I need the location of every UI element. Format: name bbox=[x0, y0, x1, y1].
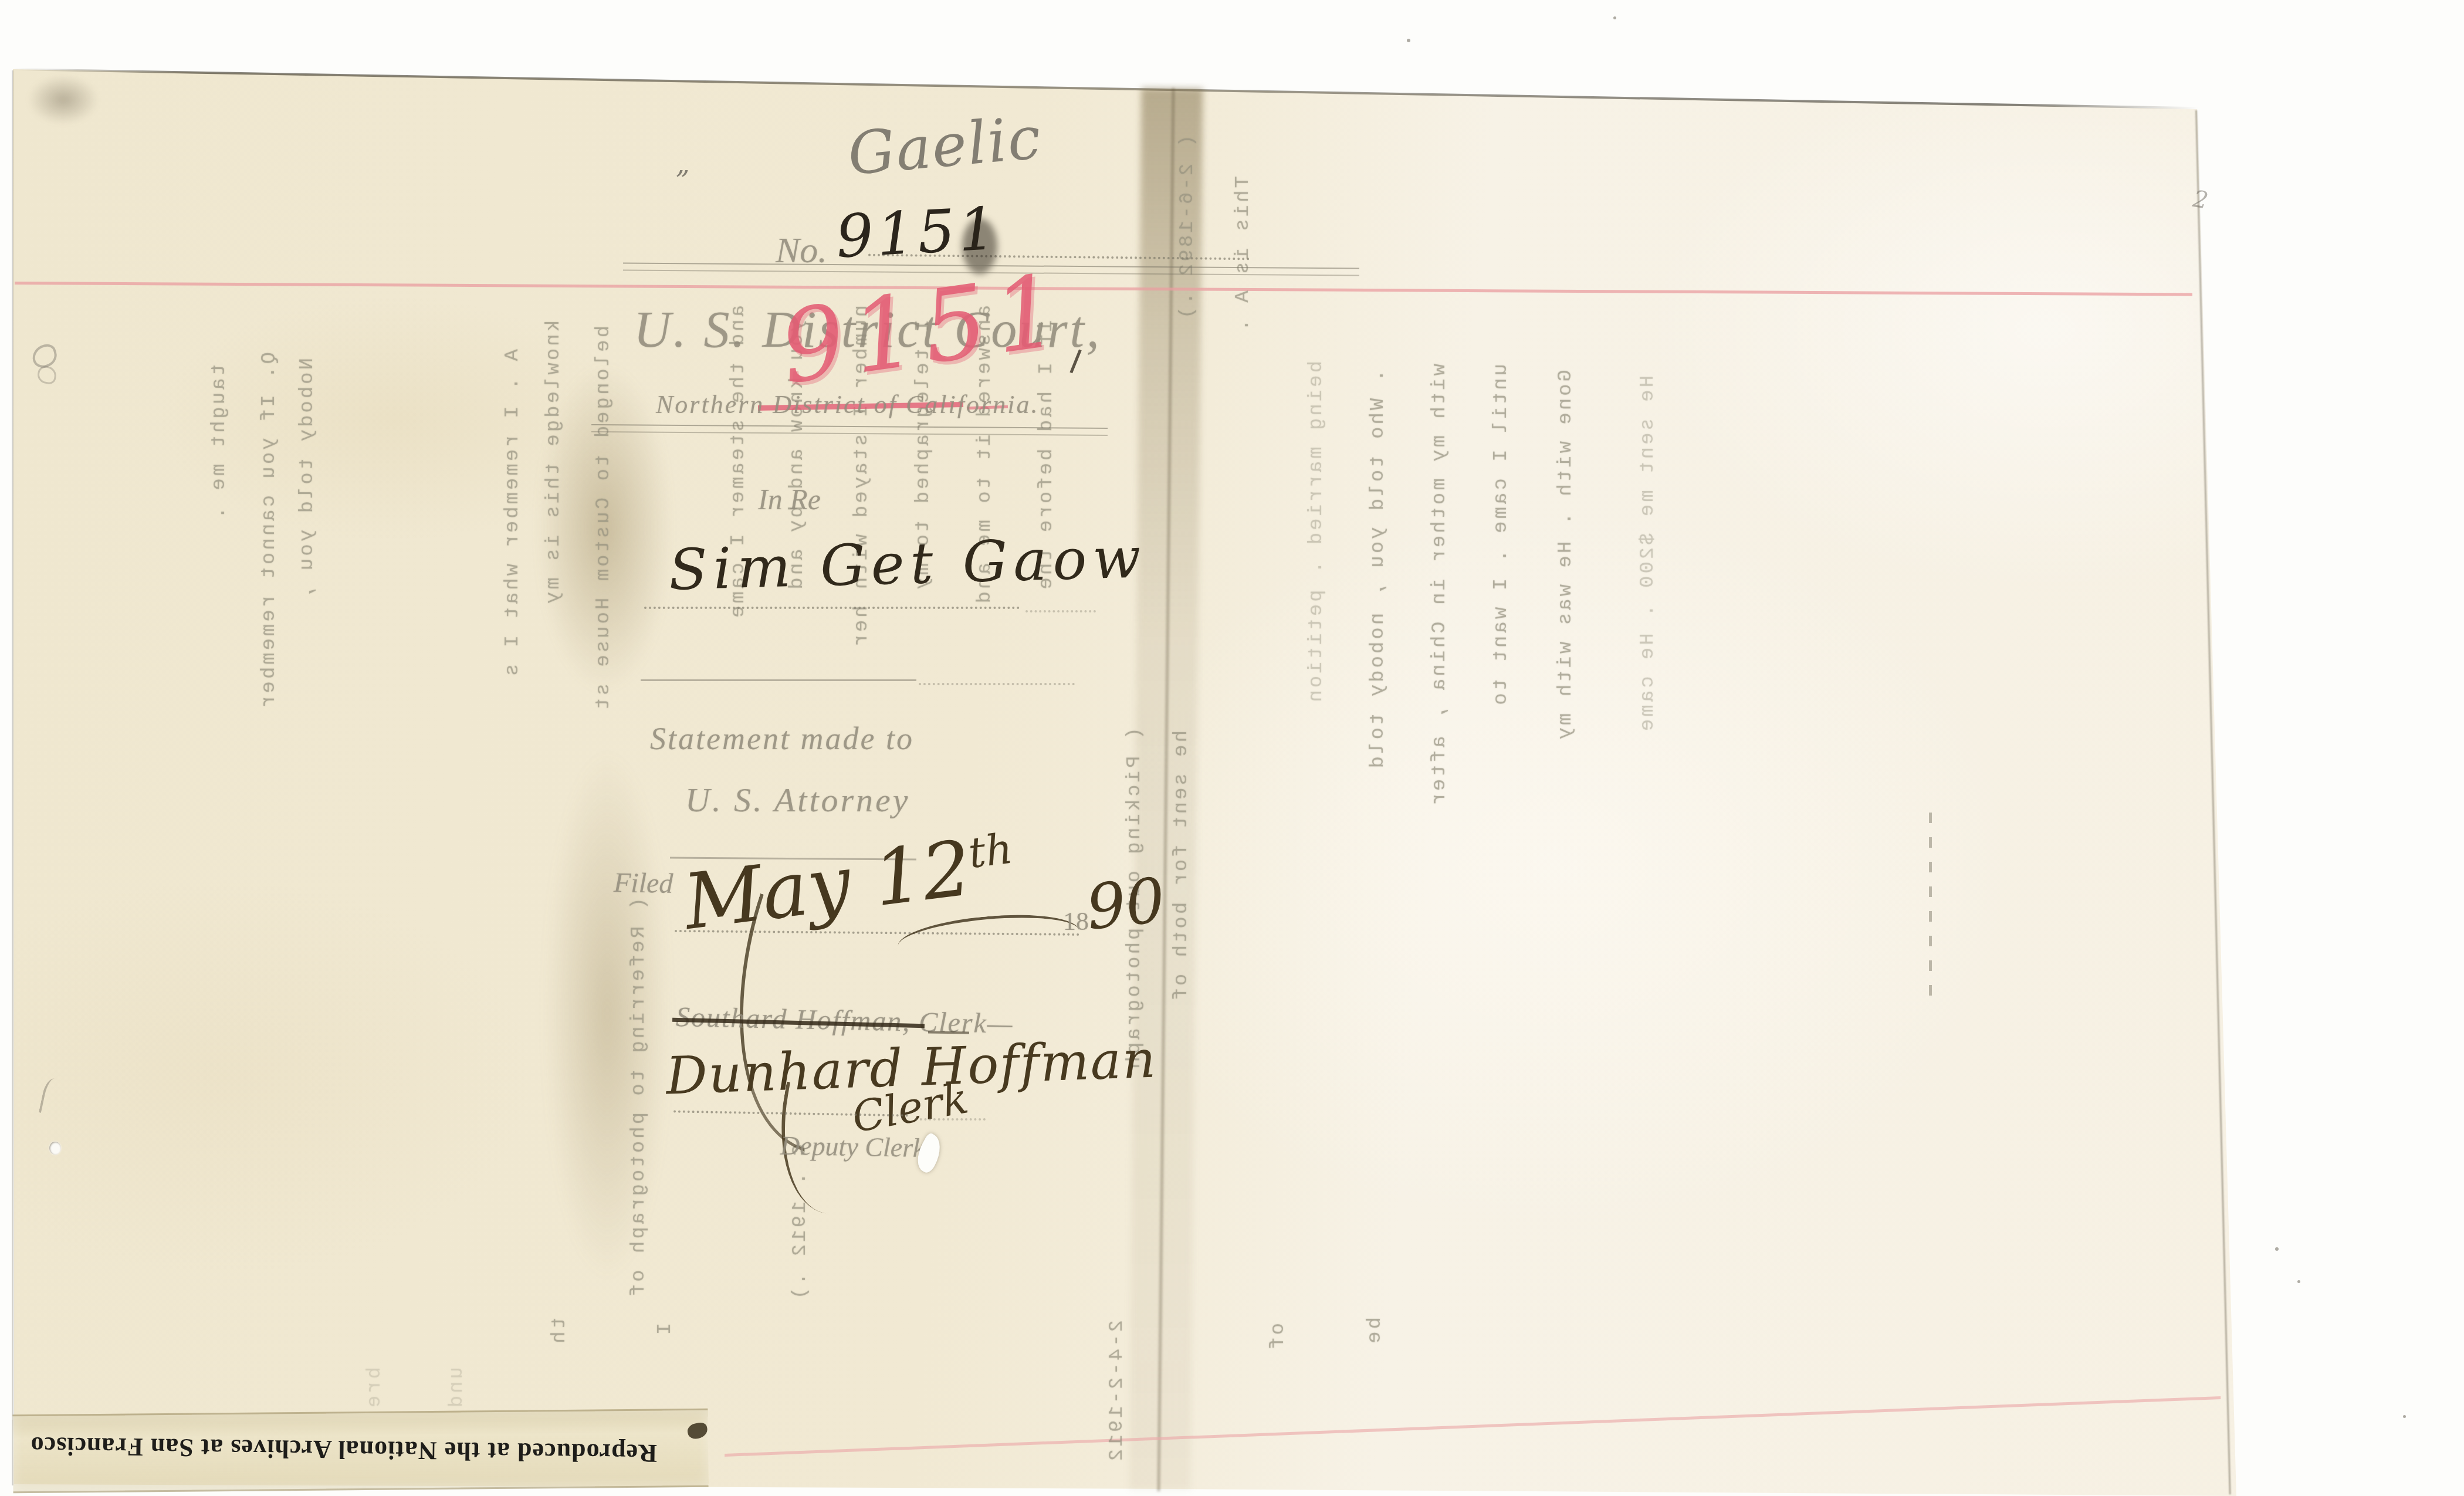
deputy-clerk-label: Deputy Clerk. bbox=[780, 1130, 932, 1163]
bleed-through-dashed-line bbox=[1929, 813, 1932, 996]
district-line: Northern District of California. bbox=[656, 390, 1039, 419]
ghost-text-column: of bbox=[1267, 1323, 1289, 1352]
ghost-text-column: 2-4-2-1912 bbox=[1106, 1320, 1128, 1463]
ghost-text-column: until I came . I want to bbox=[1490, 364, 1512, 708]
ghost-text-column: be bbox=[1364, 1317, 1386, 1346]
signature-dotted-ext bbox=[915, 1118, 986, 1121]
mid-rule-dotted-ext bbox=[919, 683, 1075, 685]
ghost-text-column: ( 2-6-1892 .) bbox=[1176, 135, 1199, 321]
ghost-text-column: und bbox=[446, 1367, 468, 1410]
paper-left-edge-shadow bbox=[12, 70, 13, 1485]
ghost-text-column: Gone with . He was with my bbox=[1555, 370, 1577, 742]
stain-blotch bbox=[546, 751, 669, 1279]
in-re-label: In Re bbox=[758, 482, 821, 516]
dust-speck bbox=[1613, 16, 1616, 19]
filed-date-suffix: th bbox=[966, 824, 1015, 878]
filed-label: Filed bbox=[614, 867, 673, 900]
dust-speck bbox=[2275, 1247, 2279, 1251]
ghost-text-column: He sent me $200 . He came bbox=[1637, 375, 1659, 733]
year-handwritten: 90 bbox=[1083, 864, 1169, 943]
ghost-text-column: Nobody told you , bbox=[296, 358, 319, 601]
dust-speck bbox=[2297, 1280, 2300, 1283]
ghost-text-column: he sent for both of bbox=[1170, 730, 1193, 1003]
ghost-text-column: belonged to Custom House st bbox=[593, 326, 615, 712]
ghost-text-column: th bbox=[549, 1317, 571, 1346]
punch-hole bbox=[49, 1142, 61, 1155]
statement-line-2: U. S. Attorney bbox=[685, 780, 911, 820]
name-dotted-line-ext bbox=[1025, 610, 1096, 612]
dust-speck bbox=[1407, 39, 1410, 42]
ghost-text-column: being married . petition bbox=[1305, 361, 1328, 705]
subject-name-handwritten: Sim Get Gaow bbox=[668, 524, 1148, 603]
ghost-text-column: I bbox=[654, 1323, 676, 1337]
statement-line-1: Statement made to bbox=[650, 720, 914, 757]
ghost-text-column: taught me . bbox=[208, 364, 231, 521]
pencil-quote-mark: „ bbox=[676, 148, 690, 180]
ghost-text-column: . Who told you , nobody told bbox=[1367, 370, 1389, 770]
ghost-text-column: A . I remember what I s bbox=[502, 349, 524, 678]
dust-speck bbox=[2403, 1415, 2406, 1418]
scanned-document-page: taught me .Q. If you cannot rememberNobo… bbox=[0, 0, 2464, 1496]
ghost-text-column: with my mother in China , after bbox=[1429, 364, 1451, 808]
year-printed: 18 bbox=[1063, 906, 1089, 936]
ghost-text-column: Q. If you cannot remember bbox=[258, 352, 280, 710]
name-dotted-line bbox=[644, 607, 1020, 609]
ghost-text-column: knowledge this is my bbox=[543, 320, 565, 606]
mid-rule bbox=[641, 679, 916, 681]
ghost-text-column: ( Referring to photograph of bbox=[628, 898, 650, 1298]
stain-blotch bbox=[28, 75, 99, 124]
ghost-text-column: This is A . bbox=[1232, 176, 1254, 333]
ghost-text-column: bre bbox=[364, 1367, 386, 1410]
